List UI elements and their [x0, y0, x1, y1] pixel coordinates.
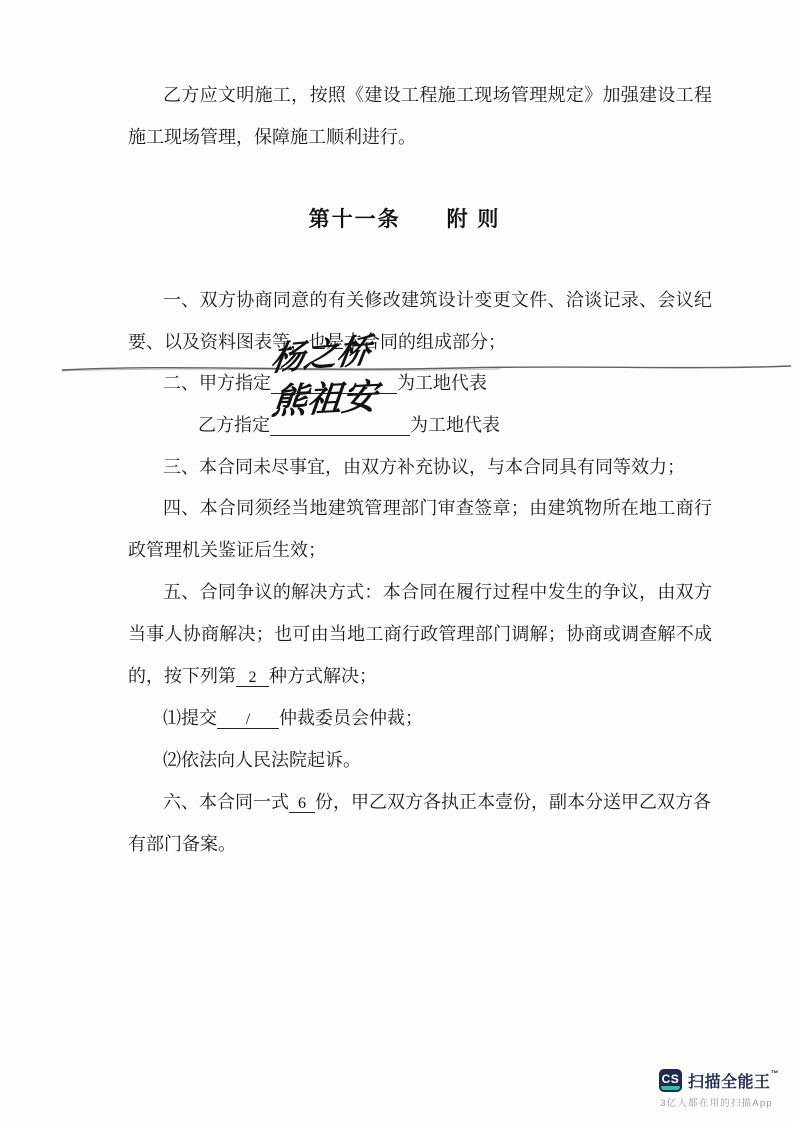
method-choice-value: 2 — [236, 668, 269, 688]
app-name-text: 扫描全能王 — [688, 1074, 771, 1091]
section-1-line2: 要、以及资料图表等，也是本合同的组成部分； — [128, 331, 712, 353]
site-representative-label-a: 为工地代表 — [397, 373, 487, 393]
copies-prefix: 六、本合同一式 — [163, 792, 289, 812]
clause-civilized-construction-line1: 乙方应文明施工，按照《建设工程施工现场管理规定》加强建设工程 — [128, 84, 712, 106]
article-number: 第十一条 — [309, 208, 401, 231]
section-2-party-a: 二、甲方指定杨之桥为工地代表 — [128, 372, 712, 394]
section-6-line2: 有部门备案。 — [128, 833, 712, 855]
party-a-representative-blank: 杨之桥 — [271, 372, 397, 394]
copies-count-value: 6 — [289, 794, 315, 814]
camscanner-tagline: 3亿人都在用的扫描App — [654, 1095, 779, 1109]
section-4-line2: 政管理机关鉴证后生效； — [128, 539, 712, 561]
cs-logo-letters: CS — [662, 1072, 680, 1086]
section-6-line1: 六、本合同一式6份，甲乙双方各执正本壹份，副本分送甲乙双方各 — [128, 791, 712, 813]
clause-civilized-construction-line2: 施工现场管理，保障施工顺利进行。 — [128, 126, 712, 148]
section-3: 三、本合同未尽事宜，由双方补充协议，与本合同具有同等效力； — [128, 456, 712, 478]
cs-logo-accent-bar — [661, 1086, 680, 1090]
arbitration-blank-value: / — [217, 710, 279, 730]
section-5-line1: 五、合同争议的解决方式：本合同在履行过程中发生的争议，由双方 — [128, 581, 712, 603]
arbitration-option: ⑴提交/仲裁委员会仲裁； — [128, 707, 712, 729]
party-b-designates-label: 乙方指定 — [198, 415, 270, 435]
arbitration-suffix: 仲裁委员会仲裁； — [279, 708, 423, 728]
camscanner-logo-row: CS 扫描全能王™ — [654, 1069, 779, 1092]
party-b-representative-blank: 熊祖安 — [270, 414, 410, 436]
article-title: 附 则 — [447, 208, 501, 231]
section-1-line1: 一、双方协商同意的有关修改建筑设计变更文件、洽谈记录、会议纪 — [128, 289, 712, 311]
arbitration-prefix: ⑴提交 — [163, 708, 217, 728]
section-5-line2: 当事人协商解决；也可由当地工商行政管理部门调解；协商或调查解不成 — [128, 623, 712, 645]
arbitration-committee-blank: / — [217, 707, 279, 729]
camscanner-app-name: 扫描全能王™ — [688, 1069, 779, 1092]
copies-count-blank: 6 — [289, 791, 315, 813]
article-heading: 第十一条附 则 — [0, 203, 793, 233]
method-choice-suffix: 种方式解决； — [269, 666, 377, 686]
camscanner-cs-icon: CS — [659, 1069, 682, 1092]
site-representative-label-b: 为工地代表 — [410, 415, 500, 435]
trademark-symbol: ™ — [771, 1069, 780, 1078]
section-2-party-b: 乙方指定熊祖安为工地代表 — [128, 414, 712, 436]
section-5-line3: 的，按下列第2种方式解决； — [128, 665, 712, 687]
method-choice-prefix: 的，按下列第 — [128, 666, 236, 686]
section-4-line1: 四、本合同须经当地建筑管理部门审查签章；由建筑物所在地工商行 — [128, 497, 712, 519]
method-choice-blank: 2 — [236, 665, 269, 687]
party-a-designates-label: 二、甲方指定 — [163, 373, 271, 393]
camscanner-watermark: CS 扫描全能王™ 3亿人都在用的扫描App — [654, 1069, 779, 1109]
scanned-contract-page: 乙方应文明施工，按照《建设工程施工现场管理规定》加强建设工程 施工现场管理，保障… — [0, 0, 793, 1122]
copies-suffix: 份，甲乙双方各执正本壹份，副本分送甲乙双方各 — [315, 792, 711, 812]
court-option: ⑵依法向人民法院起诉。 — [128, 749, 712, 771]
